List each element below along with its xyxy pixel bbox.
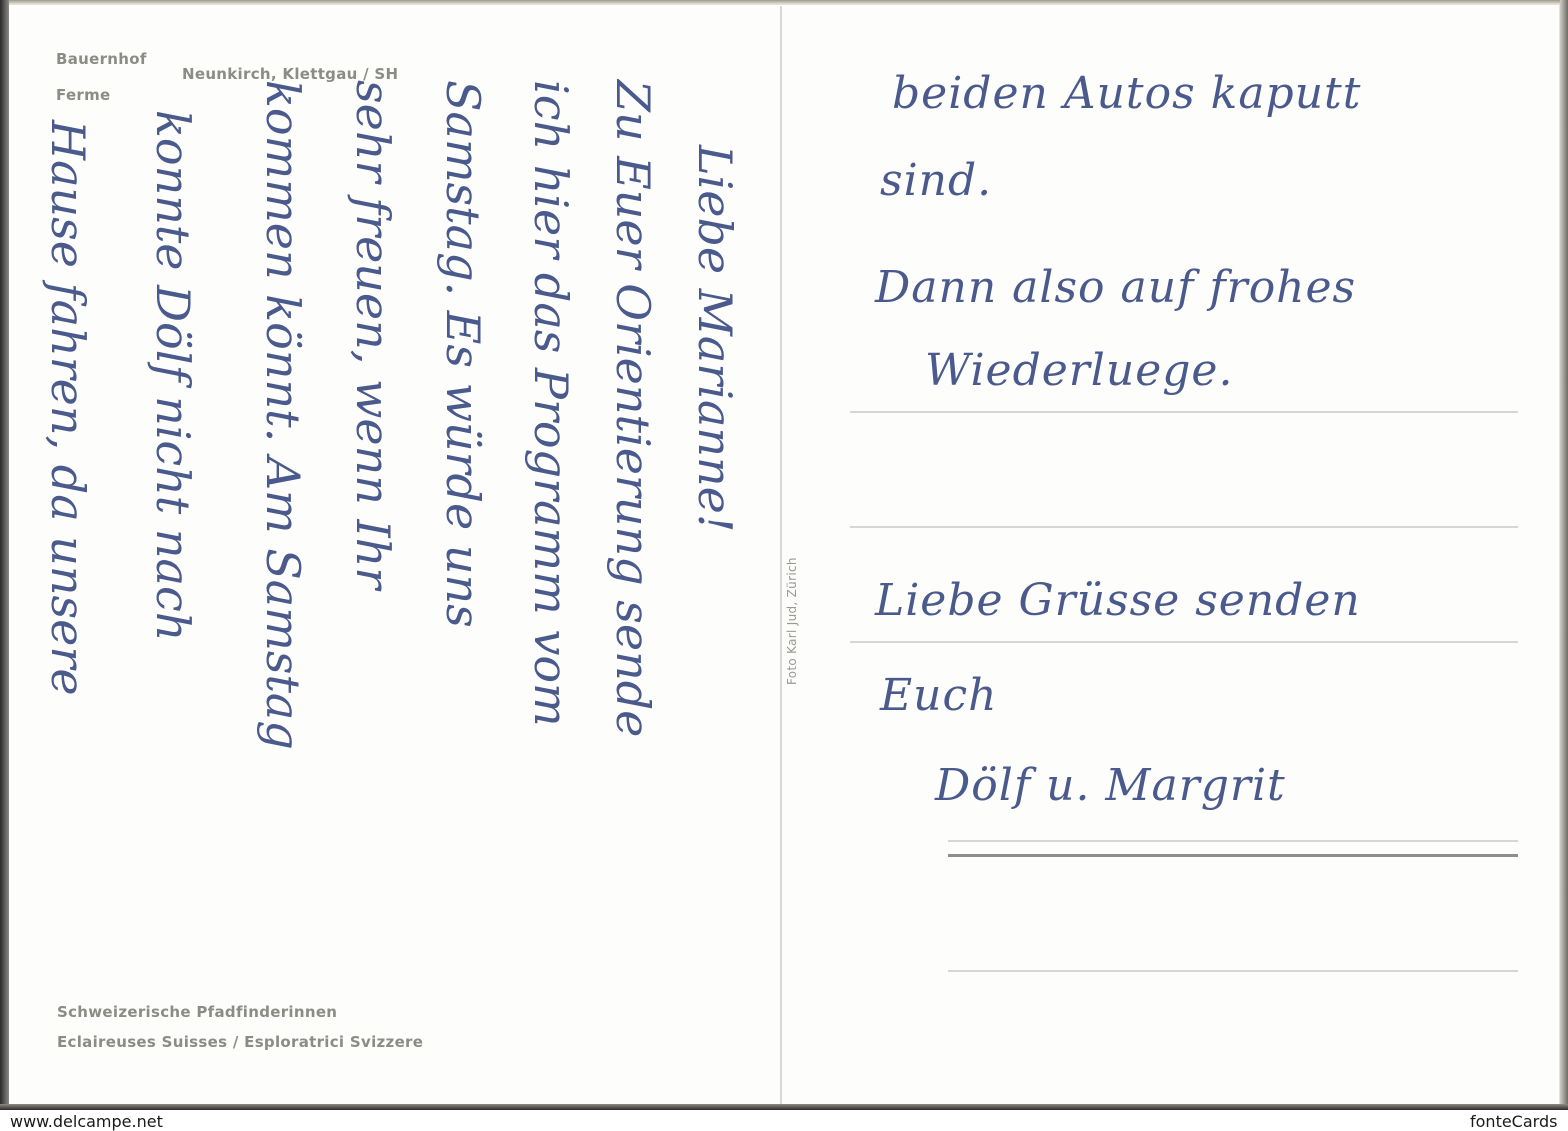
handwritten-line-6: Euch: [880, 670, 997, 721]
handwritten-column-6: kommen könnt. Am Samstag: [256, 80, 310, 750]
handwritten-line-1: beiden Autos kaputt: [892, 68, 1361, 119]
postcard-back: [8, 4, 1560, 1108]
handwritten-column-5: sehr freuen, wenn Ihr: [346, 80, 400, 589]
handwritten-column-4: Samstag. Es würde uns: [436, 80, 490, 628]
address-line-2: [850, 526, 1518, 528]
watermark-fontecards: fonteCards: [1470, 1112, 1557, 1131]
card-edge-right: [1560, 0, 1568, 1110]
printed-photo-credit: Foto Karl Jud, Zürich: [785, 557, 799, 685]
printed-organization-fr-it: Eclaireuses Suisses / Esploratrici Svizz…: [57, 1033, 423, 1051]
handwritten-column-3: ich hier das Programm vom: [524, 80, 578, 727]
handwritten-column-2: Zu Euer Orientierung sende: [606, 80, 660, 737]
address-line-4: [948, 840, 1518, 842]
handwritten-line-2: sind.: [880, 155, 992, 206]
handwritten-column-7: konnte Dölf nicht nach: [146, 110, 200, 641]
address-line-5: [948, 970, 1518, 972]
handwritten-column-1: Liebe Marianne!: [688, 145, 742, 532]
address-line-3: [850, 641, 1518, 643]
handwritten-column-8: Hause fahren, da unsere: [41, 120, 95, 696]
center-divider-line: [780, 6, 782, 1104]
handwritten-line-3: Dann also auf frohes: [875, 262, 1356, 313]
printed-title-fr: Ferme: [56, 86, 111, 104]
watermark-delcampe: www.delcampe.net: [10, 1112, 163, 1131]
address-line-bold: [948, 854, 1518, 857]
printed-organization-de: Schweizerische Pfadfinderinnen: [57, 1003, 337, 1021]
handwritten-line-5: Liebe Grüsse senden: [875, 575, 1361, 626]
handwritten-line-4: Wiederluege.: [925, 345, 1233, 396]
card-edge-bottom: [0, 1104, 1568, 1110]
handwritten-signature: Dölf u. Margrit: [935, 760, 1286, 811]
printed-title-de: Bauernhof: [56, 50, 147, 68]
address-line-1: [850, 411, 1518, 413]
card-edge-left: [0, 0, 9, 1110]
